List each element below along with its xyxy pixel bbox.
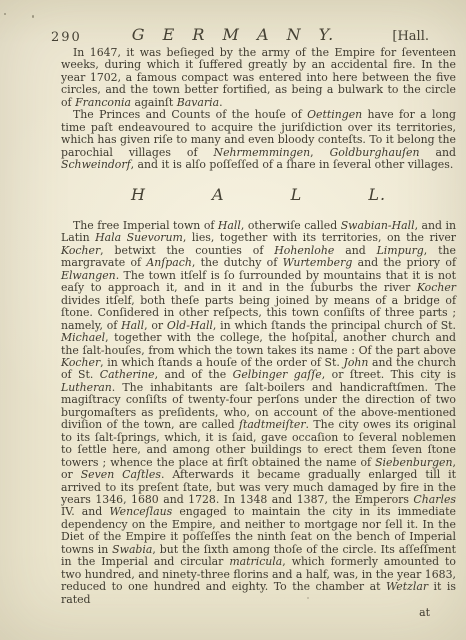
- running-head-right: [Hall.: [392, 29, 429, 44]
- paragraph-hall-description: The free Imperial town of Hall, otherwiſ…: [61, 220, 456, 606]
- section-heading-hall: H A L L.: [61, 189, 456, 201]
- catchword: at: [61, 607, 456, 619]
- paper-speck: [4, 13, 6, 15]
- text-block: In 1647, it was beſieged by the army of …: [61, 47, 456, 619]
- book-page: 290 G E R M A N Y. [Hall. In 1647, it wa…: [0, 0, 466, 640]
- paragraph-princes-oettingen: The Princes and Counts of the houſe of O…: [61, 109, 456, 171]
- paper-speck: [32, 15, 34, 18]
- paragraph-siege-1647: In 1647, it was beſieged by the army of …: [61, 47, 456, 109]
